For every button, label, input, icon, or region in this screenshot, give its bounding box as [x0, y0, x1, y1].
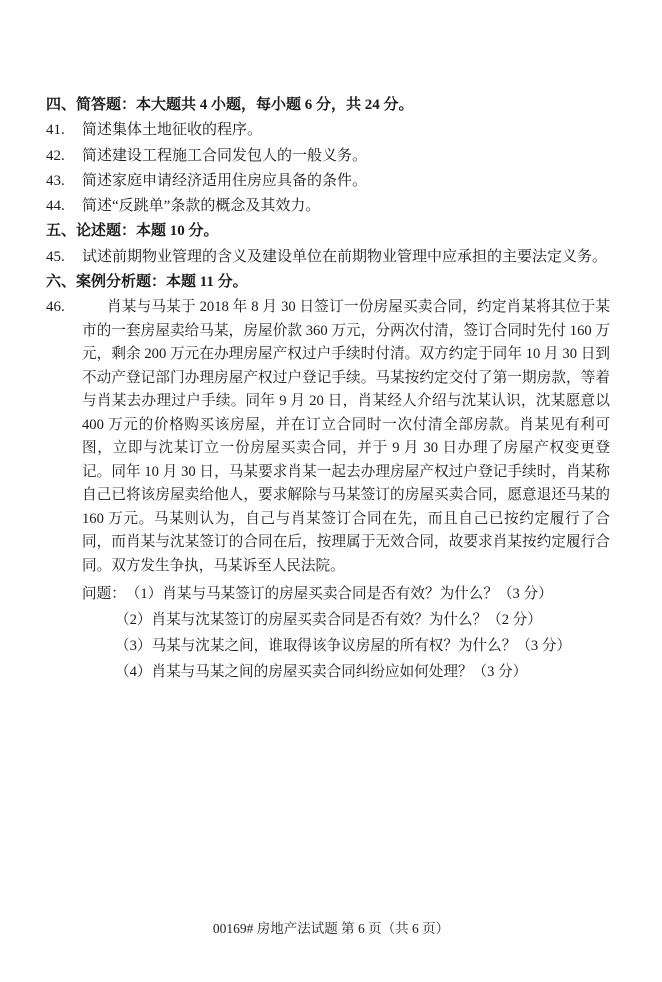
case-question-line: 问题： （1）肖某与马某签订的房屋买卖合同是否有效？为什么？（3 分）: [82, 581, 610, 607]
question-row: 41. 简述集体土地征收的程序。: [46, 118, 610, 143]
page-footer: 00169# 房地产法试题 第 6 页（共 6 页）: [0, 920, 662, 938]
question-number: 44.: [46, 194, 82, 219]
case-question-line: （4）肖某与马某之间的房屋买卖合同纠纷应如何处理？（3 分）: [82, 659, 610, 685]
exam-paper-page: 四、简答题：本大题共 4 小题，每小题 6 分，共 24 分。 41. 简述集体…: [0, 0, 662, 982]
case-questions-label: 问题：: [82, 581, 126, 607]
case-question-text: （1）肖某与马某签订的房屋买卖合同是否有效？为什么？（3 分）: [126, 581, 553, 607]
question-row: 45. 试述前期物业管理的含义及建设单位在前期物业管理中应承担的主要法定义务。: [46, 245, 610, 270]
question-row: 43. 简述家庭申请经济适用住房应具备的条件。: [46, 169, 610, 194]
case-block: 46. 肖某与马某于 2018 年 8 月 30 日签订一份房屋买卖合同，约定肖…: [46, 296, 610, 685]
section-case-analysis: 六、案例分析题：本题 11 分。 46. 肖某与马某于 2018 年 8 月 3…: [46, 270, 610, 685]
question-text: 简述集体土地征收的程序。: [82, 118, 610, 143]
question-number: 42.: [46, 144, 82, 169]
section-heading: 四、简答题：本大题共 4 小题，每小题 6 分，共 24 分。: [46, 93, 610, 118]
question-number: 45.: [46, 245, 82, 270]
question-text: 试述前期物业管理的含义及建设单位在前期物业管理中应承担的主要法定义务。: [82, 245, 610, 270]
exam-content: 四、简答题：本大题共 4 小题，每小题 6 分，共 24 分。 41. 简述集体…: [46, 93, 610, 685]
question-number: 46.: [46, 296, 82, 320]
case-question-line: （2）肖某与沈某签订的房屋买卖合同是否有效？为什么？（2 分）: [82, 607, 610, 633]
question-text: 简述“反跳单”条款的概念及其效力。: [82, 194, 610, 219]
question-row: 42. 简述建设工程施工合同发包人的一般义务。: [46, 144, 610, 169]
section-essay: 五、论述题：本题 10 分。 45. 试述前期物业管理的含义及建设单位在前期物业…: [46, 219, 610, 270]
section-heading: 五、论述题：本题 10 分。: [46, 219, 610, 244]
case-body-paragraph: 肖某与马某于 2018 年 8 月 30 日签订一份房屋买卖合同，约定肖某将其位…: [82, 296, 610, 578]
question-text: 简述建设工程施工合同发包人的一般义务。: [82, 144, 610, 169]
case-question-line: （3）马某与沈某之间，谁取得该争议房屋的所有权？为什么？（3 分）: [82, 633, 610, 659]
section-short-answer: 四、简答题：本大题共 4 小题，每小题 6 分，共 24 分。 41. 简述集体…: [46, 93, 610, 219]
case-questions: 问题： （1）肖某与马某签订的房屋买卖合同是否有效？为什么？（3 分） （2）肖…: [82, 581, 610, 685]
question-number: 43.: [46, 169, 82, 194]
question-text: 简述家庭申请经济适用住房应具备的条件。: [82, 169, 610, 194]
question-number: 41.: [46, 118, 82, 143]
question-row: 44. 简述“反跳单”条款的概念及其效力。: [46, 194, 610, 219]
section-heading: 六、案例分析题：本题 11 分。: [46, 270, 610, 295]
